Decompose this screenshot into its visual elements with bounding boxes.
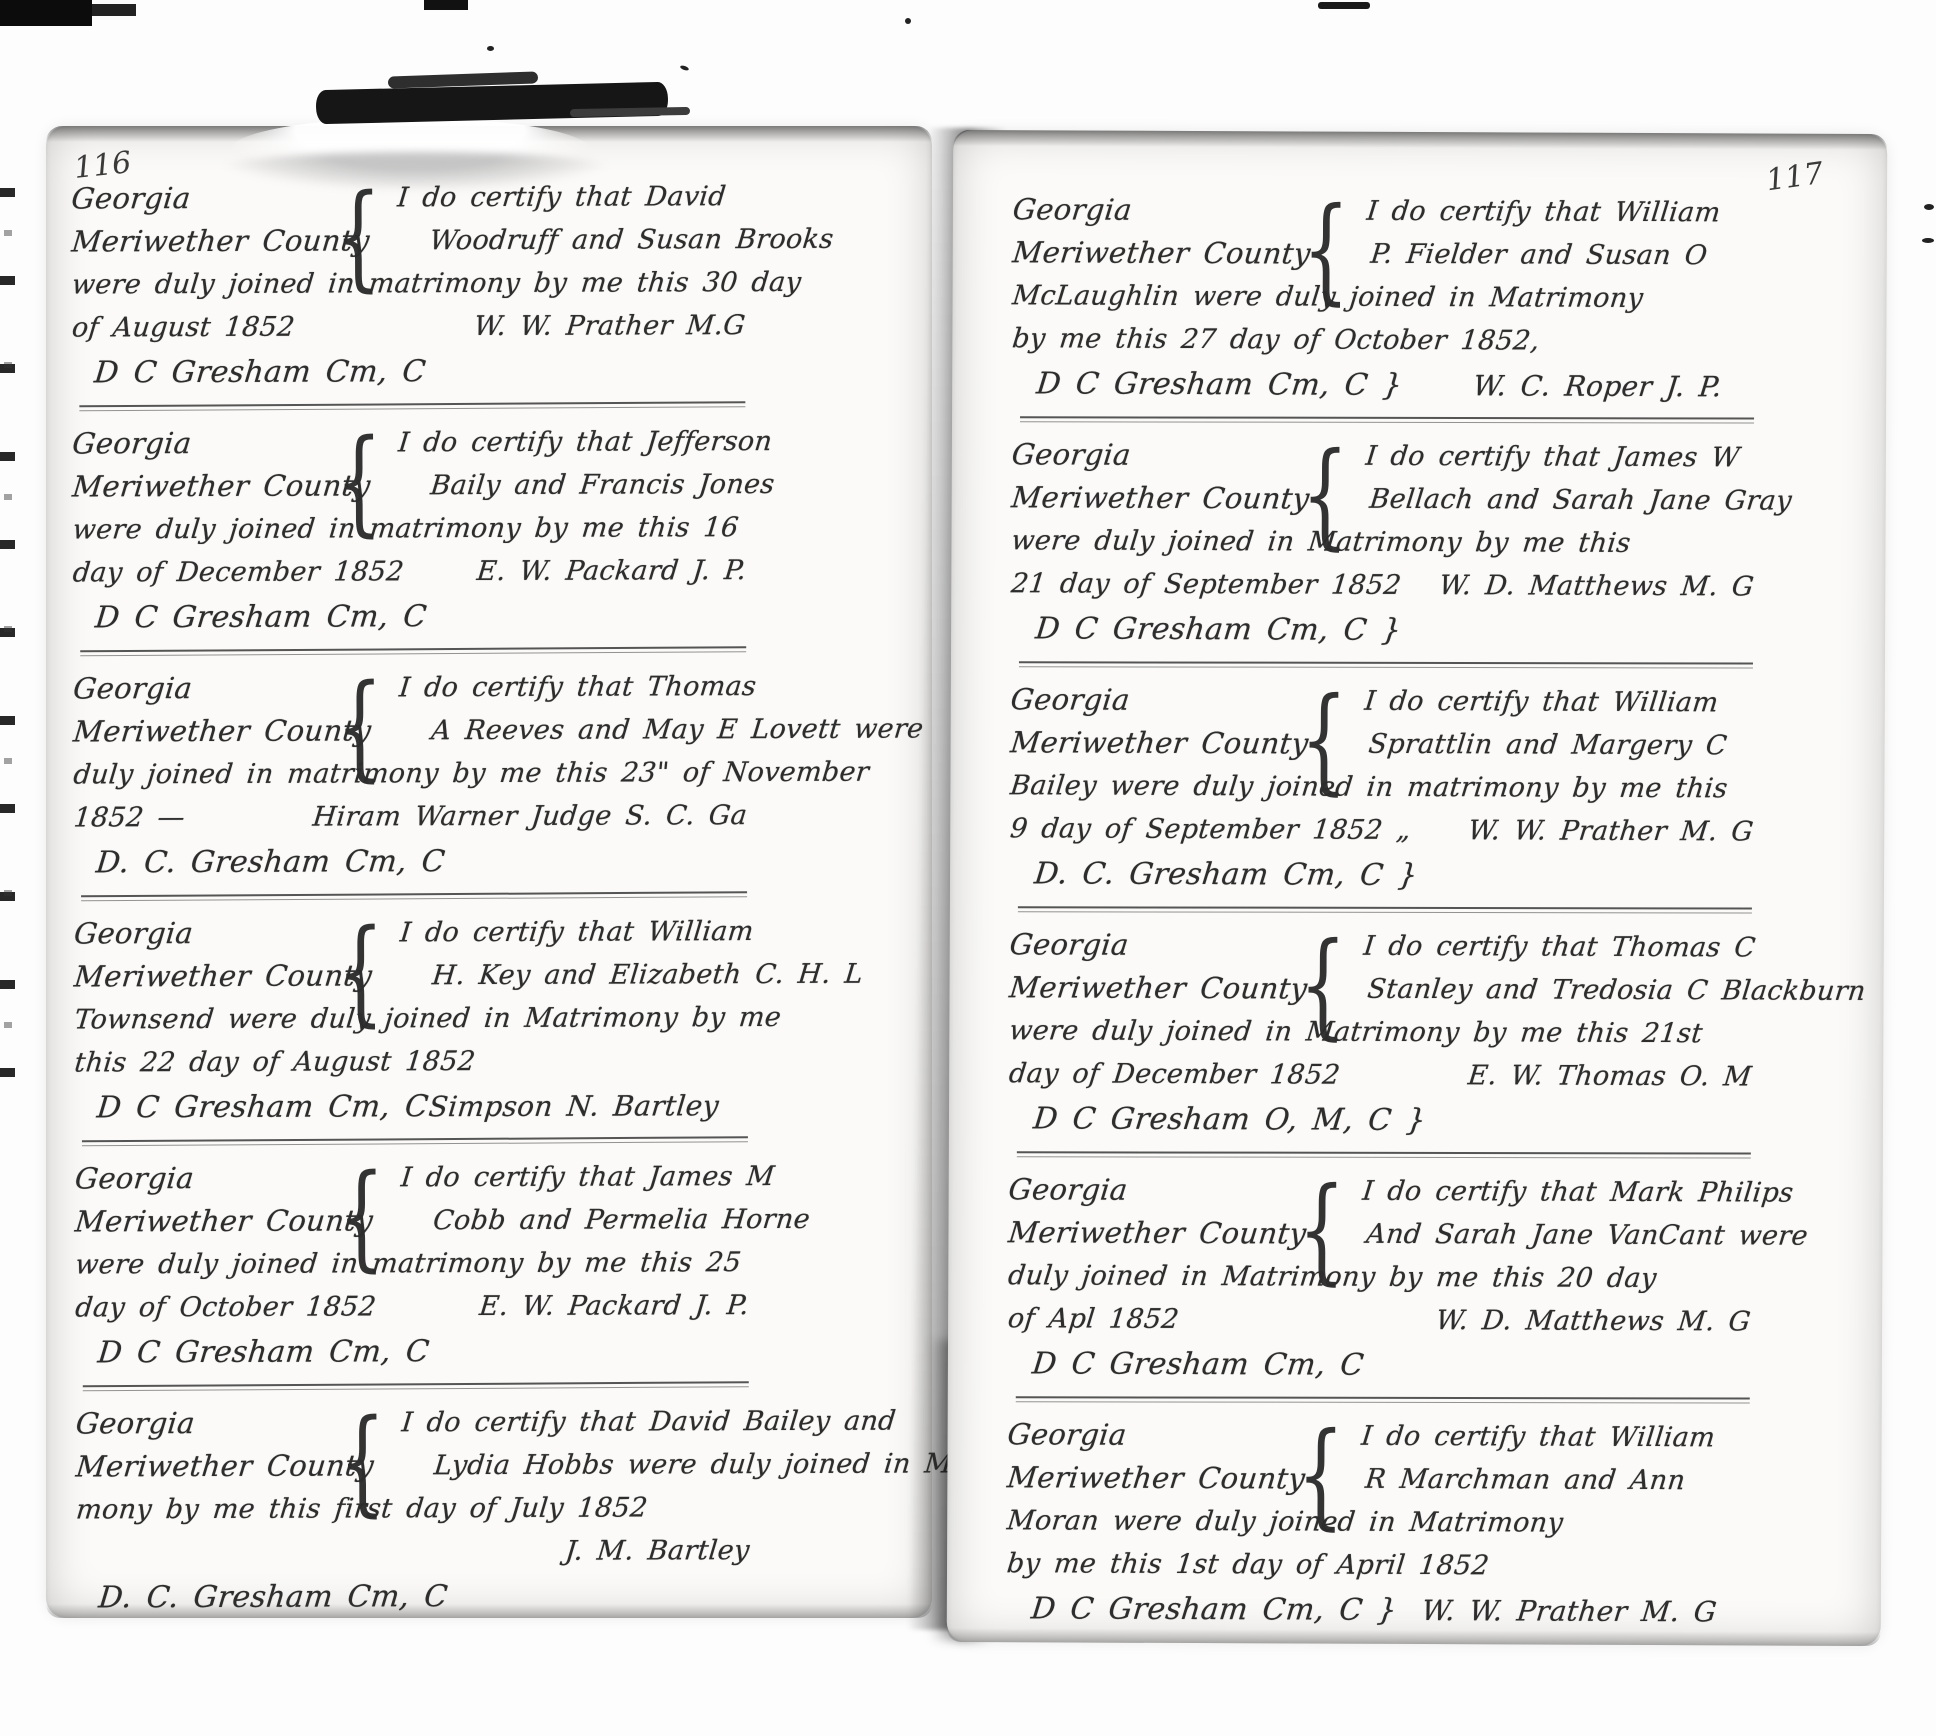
entry-divider [1018,906,1752,913]
record-text: Baily and Francis Jones [368,463,776,507]
scan-artifact [424,0,468,10]
record-line: Meriwether CountyAnd Sarah Jane VanCant … [1008,1211,1824,1258]
record-text: Georgia [69,177,340,221]
record-line: by me this 27 day of October 1852, [1012,317,1828,364]
record-text: I do certify that Mark Philips [1300,1170,1795,1215]
record-text: I do certify that Jefferson [337,420,775,465]
record-line: D. C. Gresham Cm, C [74,837,814,888]
marriage-record: {GeorgiaI do certify that JeffersonMeriw… [72,420,813,656]
marriage-record: {GeorgiaI do certify that ThomasMeriweth… [73,665,814,901]
record-text: were duly joined in matrimony by me this… [73,1241,743,1286]
entries-column: {GeorgiaI do certify that WilliamMeriwet… [947,130,1888,1637]
record-text: Meriwether County [1010,231,1312,275]
record-line: J. M. Bartley [76,1529,816,1575]
record-line: this 22 day of August 1852 [75,1039,815,1085]
record-line: GeorgiaI do certify that Jefferson [72,420,812,466]
marriage-record: {GeorgiaI do certify that Mark PhilipsMe… [1008,1168,1825,1405]
scan-artifact [316,82,669,125]
marriage-record: {GeorgiaI do certify that Thomas CMeriwe… [1009,923,1826,1160]
record-text: Georgia [1008,678,1306,722]
marriage-record: {GeorgiaI do certify that DavidMeriwethe… [72,175,813,411]
record-line: GeorgiaI do certify that James W [1012,433,1828,480]
record-text: I do certify that William [1299,1415,1717,1460]
record-line: D C Gresham Cm, C [73,592,813,643]
record-line: Meriwether CountySprattlin and Margery C [1011,721,1827,768]
record-text: W. W. Prather M. G [1419,1587,1719,1636]
marriage-record: {GeorgiaI do certify that James MMeriwet… [75,1155,816,1391]
marriage-record: {GeorgiaI do certify that David Bailey a… [76,1400,817,1623]
record-line: D C Gresham Cm, C [1008,1340,1824,1392]
record-text: Meriwether County [73,1199,375,1243]
record-text: duly joined in Matrimony by me this 20 d… [1006,1254,1659,1300]
record-text: mony by me this first day of July 1852 [74,1486,650,1531]
record-text: I do certify that William [1304,190,1722,235]
record-line: were duly joined in Matrimony by me this [1011,519,1827,566]
record-text: D C Gresham Cm, C [1005,1340,1366,1390]
record-text: D C Gresham O, M, C } [1006,1095,1428,1145]
scan-artifact [680,65,690,72]
record-text: Bailey were duly joined in matrimony by … [1008,764,1730,810]
ledger-page-right: 117 {GeorgiaI do certify that WilliamMer… [947,130,1888,1646]
record-text: Meriwether County [72,954,374,998]
record-text: by me this 1st day of April 1852 [1005,1542,1492,1587]
record-text: day of December 1852 [71,550,406,594]
record-text: D C Gresham Cm, C [72,1083,430,1132]
entry-divider [1017,1151,1751,1158]
entry-divider [81,646,747,656]
record-text: D C Gresham Cm, C [73,1328,431,1377]
scan-artifact [4,230,12,1130]
record-line: D. C. Gresham Cm, C [76,1572,816,1623]
record-text: duly joined in matrimony by me this 23" … [71,751,871,797]
record-text: D C Gresham Cm, C [70,348,428,397]
record-line: of Apl 1852W. D. Matthews M. G [1008,1297,1824,1344]
scan-artifact [92,4,136,16]
marriage-record: {GeorgiaI do certify that WilliamMeriwet… [74,910,815,1146]
record-text: day of December 1852 [1007,1052,1343,1096]
record-text: D. C. Gresham Cm, C [74,1573,450,1622]
record-text: W. W. Prather M.G [472,304,748,348]
record-line: D C Gresham Cm, C [76,1327,816,1378]
record-line: D C Gresham Cm, C }W. C. Roper J. P. [1012,360,1828,412]
record-text: P. Fielder and Susan O [1308,233,1709,278]
record-text: Georgia [70,422,341,466]
record-line: 9 day of September 1852 „W. W. Prather M… [1010,807,1826,854]
record-line: Meriwether CountyP. Fielder and Susan O [1013,231,1829,278]
record-line: duly joined in Matrimony by me this 20 d… [1008,1254,1824,1301]
record-text: Woodruff and Susan Brooks [367,218,835,263]
record-text: by me this 27 day of October 1852, [1010,317,1542,362]
record-line: of August 1852W. W. Prather M.G [72,304,812,350]
entry-divider [1019,661,1753,668]
record-text: Georgia [1011,188,1309,232]
record-text: Georgia [74,1402,345,1446]
scan-artifact [0,0,92,26]
record-text: I do certify that David [336,175,729,219]
record-line: D C Gresham Cm, C }W. W. Prather M. G [1007,1585,1823,1637]
record-text: W. W. Prather M. G [1465,809,1755,853]
record-line: day of December 1852E. W. Packard J. P. [73,549,813,595]
record-line: GeorgiaI do certify that Thomas [73,665,813,711]
record-text: were duly joined in Matrimony by me this… [1007,1009,1705,1055]
record-text: E. W. Packard J. P. [475,549,749,593]
record-text: E. W. Packard J. P. [477,1284,751,1328]
record-text: W. C. Roper J. P. [1471,362,1725,411]
record-line: D C Gresham Cm, CSimpson N. Bartley [75,1082,815,1133]
entry-divider [81,891,747,901]
ledger-page-left: 116 {GeorgiaI do certify that DavidMeriw… [46,126,932,1618]
record-text: of August 1852 [70,306,297,350]
record-text: J. M. Bartley [563,1529,752,1573]
record-text: were duly joined in matrimony by me this… [70,261,804,307]
record-line: mony by me this first day of July 1852 [76,1486,816,1532]
record-text: 1852 — [72,796,187,839]
record-line: were duly joined in Matrimony by me this… [1009,1009,1825,1056]
record-text: D. C. Gresham Cm, C } [1007,850,1420,900]
record-text: R Marchman and Ann [1303,1458,1687,1503]
record-line: Townsend were duly joined in Matrimony b… [74,996,814,1042]
record-text: And Sarah Jane VanCant were [1304,1213,1810,1258]
record-text: W. D. Matthews M. G [1437,564,1756,608]
record-text: Simpson N. Bartley [426,1082,721,1131]
record-text: D C Gresham Cm, C } [1008,605,1403,655]
record-text: this 22 day of August 1852 [72,1040,477,1084]
entry-divider [83,1381,749,1391]
marriage-record: {GeorgiaI do certify that WilliamMeriwet… [1010,678,1827,915]
record-line: Meriwether CountyLydia Hobbs were duly j… [76,1443,816,1489]
record-text: day of October 1852 [73,1285,378,1329]
scan-artifact [1924,204,1934,210]
record-text: were duly joined in matrimony by me this… [71,506,741,551]
record-line: GeorgiaI do certify that William [1011,678,1827,725]
record-line: Meriwether CountyA Reeves and May E Love… [73,708,813,754]
record-line: Meriwether CountyWoodruff and Susan Broo… [72,218,812,264]
record-text: I do certify that Thomas C [1301,925,1757,970]
entries-column: {GeorgiaI do certify that DavidMeriwethe… [43,124,934,1622]
record-text: Townsend were duly joined in Matrimony b… [72,996,783,1041]
record-text: Georgia [1010,433,1308,477]
record-line: were duly joined in matrimony by me this… [73,506,813,552]
record-text: 21 day of September 1852 [1009,562,1404,607]
record-text: Meriwether County [1007,966,1309,1010]
record-text: Georgia [71,667,342,711]
record-line: D. C. Gresham Cm, C } [1010,850,1826,902]
record-text: Meriwether County [1009,476,1311,520]
record-line: D C Gresham Cm, C [72,347,812,398]
record-line: D C Gresham Cm, C } [1011,605,1827,657]
scan-artifact [1318,2,1370,9]
record-text: Cobb and Permelia Horne [371,1198,812,1243]
record-text: Meriwether County [74,1444,376,1488]
record-text: McLaughlin were duly joined in Matrimony [1010,274,1645,320]
record-text [74,1531,78,1574]
record-text: Stanley and Tredosia C Blackburn [1305,968,1868,1013]
record-text: Meriwether County [70,464,372,508]
record-text: W. D. Matthews M. G [1434,1299,1753,1343]
record-text: I do certify that James M [339,1155,777,1200]
marriage-record: {GeorgiaI do certify that James WMeriwet… [1011,433,1828,670]
record-text: 9 day of September 1852 „ [1008,807,1413,852]
record-text: Meriwether County [70,219,372,263]
record-line: Bailey were duly joined in matrimony by … [1010,764,1826,811]
scan-artifact [1922,238,1934,243]
record-line: Meriwether CountyCobb and Permelia Horne [75,1198,815,1244]
record-text: Georgia [1005,1413,1303,1457]
record-text: D C Gresham Cm, C } [1004,1585,1399,1635]
record-line: were duly joined in matrimony by me this… [72,261,812,307]
record-text: I do certify that Thomas [338,665,759,709]
record-text: Bellach and Sarah Jane Gray [1307,478,1794,523]
scan-artifact [570,107,690,117]
record-line: GeorgiaI do certify that David [72,175,812,221]
record-line: McLaughlin were duly joined in Matrimony [1012,274,1828,321]
entry-divider [80,401,746,411]
entry-divider [1016,1396,1750,1403]
record-line: duly joined in matrimony by me this 23" … [74,751,814,797]
record-line: Meriwether CountyR Marchman and Ann [1007,1456,1823,1503]
record-text: Moran were duly joined in Matrimony [1005,1499,1566,1544]
record-text: D C Gresham Cm, C } [1010,360,1405,410]
record-line: GeorgiaI do certify that Thomas C [1010,923,1826,970]
record-line: day of October 1852E. W. Packard J. P. [75,1284,815,1330]
record-text: were duly joined in Matrimony by me this [1009,519,1633,565]
record-line: by me this 1st day of April 1852 [1007,1542,1823,1589]
entry-divider [1020,416,1754,423]
record-text: I do certify that James W [1303,435,1741,480]
record-line: GeorgiaI do certify that David Bailey an… [76,1400,816,1446]
record-line: were duly joined in matrimony by me this… [75,1241,815,1287]
record-text: Hiram Warner Judge S. C. Ga [311,794,750,839]
record-line: Meriwether CountyH. Key and Elizabeth C.… [74,953,814,999]
entry-divider [82,1136,748,1146]
record-text: of Apl 1852 [1006,1297,1182,1341]
record-text: I do certify that David Bailey and [340,1400,898,1445]
record-text: D C Gresham Cm, C [71,593,429,642]
record-line: GeorgiaI do certify that Mark Philips [1009,1168,1825,1215]
record-line: Meriwether CountyBellach and Sarah Jane … [1012,476,1828,523]
record-line: D C Gresham O, M, C } [1009,1095,1825,1147]
record-line: Meriwether CountyBaily and Francis Jones [73,463,813,509]
record-text: A Reeves and May E Lovett were [369,707,925,752]
record-text: I do certify that William [1302,680,1720,725]
record-line: GeorgiaI do certify that William [1013,188,1829,235]
record-text: Meriwether County [1006,1211,1308,1255]
scan-artifact [487,46,494,51]
record-text: Meriwether County [1005,1456,1307,1500]
record-line: Meriwether CountyStanley and Tredosia C … [1009,966,1825,1013]
record-line: Moran were duly joined in Matrimony [1007,1499,1823,1546]
scanned-ledger-spread: 116 {GeorgiaI do certify that DavidMeriw… [0,0,1936,1736]
record-text: Georgia [72,912,343,956]
record-line: 1852 —Hiram Warner Judge S. C. Ga [74,794,814,840]
record-text: Meriwether County [71,709,373,753]
record-line: GeorgiaI do certify that William [1008,1413,1824,1460]
record-text: I do certify that William [338,910,756,954]
record-text: D. C. Gresham Cm, C [72,838,448,887]
record-text: Georgia [1007,923,1305,967]
record-line: 21 day of September 1852W. D. Matthews M… [1011,562,1827,609]
record-text: Georgia [73,1157,344,1201]
record-text: Georgia [1006,1168,1304,1212]
record-text: H. Key and Elizabeth C. H. L [370,953,865,998]
marriage-record: {GeorgiaI do certify that WilliamMeriwet… [1007,1413,1824,1637]
scan-artifact [905,18,911,24]
record-text: Meriwether County [1008,721,1310,765]
record-line: GeorgiaI do certify that William [74,910,814,956]
record-line: GeorgiaI do certify that James M [75,1155,815,1201]
record-text: Sprattlin and Margery C [1306,723,1729,768]
marriage-record: {GeorgiaI do certify that WilliamMeriwet… [1012,188,1829,425]
record-line: day of December 1852E. W. Thomas O. M [1009,1052,1825,1099]
record-text: E. W. Thomas O. M [1466,1054,1754,1098]
